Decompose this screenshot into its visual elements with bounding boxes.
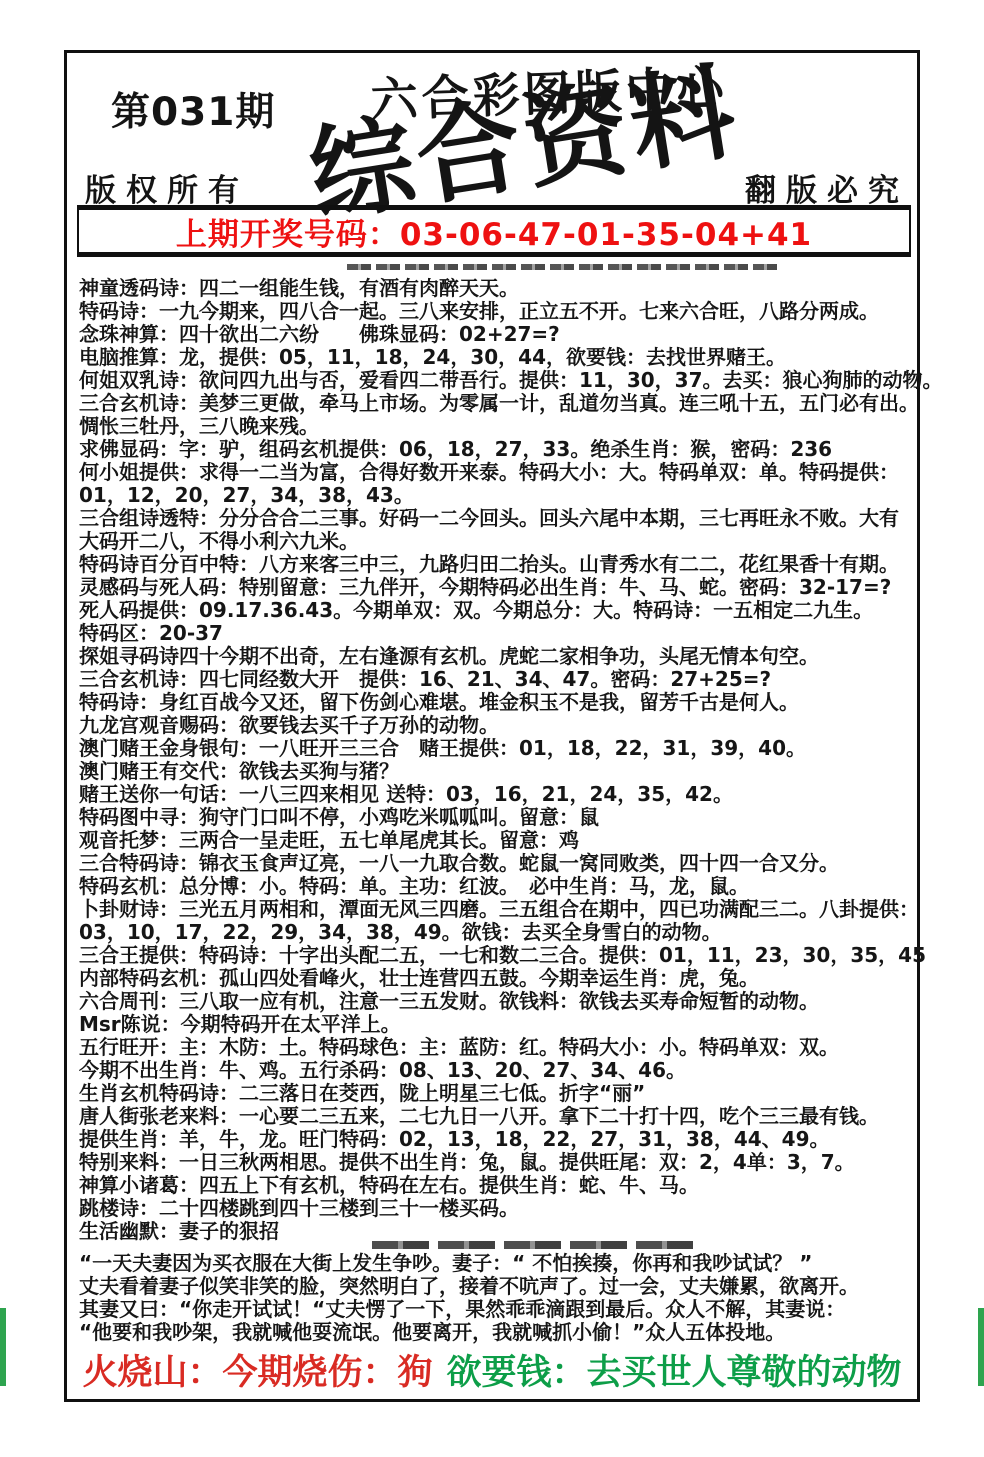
main-title-calligraphy: 综合资料: [303, 59, 746, 229]
body-line: 大码开二八，不得小利六九米。: [79, 530, 913, 553]
body-line: 三合王提供：特码诗：十字出头配二五，一七和数二三合。提供：01，11，23，30…: [79, 944, 913, 967]
body-line: 电脑推算：龙，提供：05，11，18，24，30，44，欲要钱：去找世界赌王。: [79, 346, 913, 369]
body-line: 神童透码诗：四二一组能生钱，有酒有肉醉天天。: [79, 277, 913, 300]
body-line: 跳楼诗：二十四楼跳到四十三楼到三十一楼买码。: [79, 1197, 913, 1220]
previous-draw-box: 上期开奖号码：03-06-47-01-35-04+41: [77, 205, 911, 257]
previous-draw-label: 上期开奖号码：: [176, 217, 400, 253]
body-line: Msr陈说：今期特码开在太平洋上。: [79, 1013, 913, 1036]
footer-banner: 火烧山：今期烧伤：狗欲要钱：去买世人尊敬的动物: [71, 1345, 913, 1395]
body-line: 三合特码诗：锦衣玉食声辽亮，一八一九取合数。蛇鼠一窝同败类，四十四一合又分。: [79, 852, 913, 875]
issue-number: 第031期: [111, 81, 275, 137]
body-line: 神算小诸葛：四五上下有玄机，特码在左右。提供生肖：蛇、牛、马。: [79, 1174, 913, 1197]
body-line: 赌王送你一句话：一八三四来相见 送特：03，16，21，24，35，42。: [79, 783, 913, 806]
body-line: 惆怅三牡丹，三八晚来残。: [79, 415, 913, 438]
body-line: 何姐双乳诗：欲问四九出与否，爱看四二带吾行。提供：11，30，37。去买：狼心狗…: [79, 369, 913, 392]
body-line: 三合组诗透特：分分合合二三事。好码一二今回头。回头六尾中本期，三七再旺永不败。大…: [79, 507, 913, 530]
body-line: 灵感码与死人码：特别留意：三九伴开，今期特码必出生肖：牛、马、蛇。密码：32-1…: [79, 576, 913, 599]
banner-fire-tip: 火烧山：今期烧伤：狗: [82, 1353, 432, 1393]
body-line: 丈夫看着妻子似笑非笑的脸，突然明白了，接着不吭声了。过一会，丈夫嫌累，欲离开。: [79, 1275, 913, 1298]
body-line: 特码诗百分百中特：八方来客三中三，九路归田二抬头。山青秀水有二二，花红果香十有期…: [79, 553, 913, 576]
copyright-right: 翻版必究: [745, 165, 909, 210]
body-line: 观音托梦：三两合一呈走旺，五七单尾虎其长。留意：鸡: [79, 829, 913, 852]
body-line: 澳门赌王金身银句：一八旺开三三合 赌王提供：01，18，22，31，39，40。: [79, 737, 913, 760]
body-line: 内部特码玄机：孤山四处看峰火，壮士连营四五鼓。今期幸运生肖：虎，兔。: [79, 967, 913, 990]
illegible-smudge-line: [347, 264, 777, 270]
body-line: 三合玄机诗：四七同经数大开 提供：16、21、34、47。密码：27+25=?: [79, 668, 913, 691]
body-line: 特码图中寻：狗守门口叫不停，小鸡吃米呱呱叫。留意：鼠: [79, 806, 913, 829]
banner-money-tip: 欲要钱：去买世人尊敬的动物: [447, 1353, 902, 1393]
body-line: 卜卦财诗：三光五月两相和，潭面无风三四磨。三五组合在期中，四已功满配三二。八卦提…: [79, 898, 913, 921]
body-line: 澳门赌王有交代：欲钱去买狗与猪？: [79, 760, 913, 783]
body-line: 03，10，17，22，29，34，38，49。欲钱：去买全身雪白的动物。: [79, 921, 913, 944]
body-line: 特码区：20-37: [79, 622, 913, 645]
body-line: 特码诗：一九今期来，四八合一起。三八来安排，正立五不开。七来六合旺，八路分两成。: [79, 300, 913, 323]
strike-smudge: [372, 1241, 702, 1249]
body-line: 特别来料：一日三秋两相思。提供不出生肖：兔，鼠。提供旺尾：双：2，4单：3，7。: [79, 1151, 913, 1174]
previous-draw-text: 上期开奖号码：03-06-47-01-35-04+41: [176, 209, 812, 254]
body-line: “一天夫妻因为买衣服在大街上发生争吵。妻子：“ 不怕挨揍，你再和我吵试试？ ”: [79, 1252, 913, 1275]
body-line: 今期不出生肖：牛、鸡。五行杀码：08、13、20、27、34、46。: [79, 1059, 913, 1082]
body-line: 提供生肖：羊，牛，龙。旺门特码：02，13，18，22，27，31，38，44、…: [79, 1128, 913, 1151]
body-line: 求佛显码：字：驴，组码玄机提供：06，18，27，33。绝杀生肖：猴，密码：23…: [79, 438, 913, 461]
body-line: “他要和我吵架，我就喊他耍流氓。他要离开，我就喊抓小偷！”众人五体投地。: [79, 1321, 913, 1344]
green-edge-mark-right: [978, 1308, 984, 1386]
page: 第031期 六合彩图版中心 综合资料 版权所有 翻版必究 上期开奖号码：03-0…: [0, 0, 984, 1457]
body-line: 特码诗：身红百战今又还，留下伤剑心难堪。堆金积玉不是我，留芳千古是何人。: [79, 691, 913, 714]
body-line: 生活幽默：妻子的狠招: [79, 1220, 913, 1243]
body-line: 何小姐提供：求得一二当为富，合得好数开来泰。特码大小：大。特码单双：单。特码提供…: [79, 461, 913, 484]
body-line: 六合周刊：三八取一应有机，注意一三五发财。欲钱料：欲钱去买寿命短暂的动物。: [79, 990, 913, 1013]
body-line: 特码玄机：总分博：小。特码：单。主功：红波。 必中生肖：马，龙，鼠。: [79, 875, 913, 898]
body-line: 念珠神算：四十欲出二六纷 佛珠显码：02+27=?: [79, 323, 913, 346]
copyright-left: 版权所有: [85, 165, 249, 210]
body-line: 生肖玄机特码诗：二三落日在茭西，陇上明星三七低。折字“丽”: [79, 1082, 913, 1105]
body-line: 唐人街张老来料：一心要二三五来，二七九日一八开。拿下二十打十四，吃个三三最有钱。: [79, 1105, 913, 1128]
body-line: 九龙宫观音赐码：欲要钱去买千子万孙的动物。: [79, 714, 913, 737]
body-line: 01，12，20，27，34，38，43。: [79, 484, 913, 507]
previous-draw-numbers: 03-06-47-01-35-04+41: [400, 217, 812, 253]
content-box: 第031期 六合彩图版中心 综合资料 版权所有 翻版必究 上期开奖号码：03-0…: [64, 50, 920, 1402]
body-line: 死人码提供：09.17.36.43。今期单双：双。今期总分：大。特码诗：一五相定…: [79, 599, 913, 622]
body-line: 探姐寻码诗四十今期不出奇，左右逢源有玄机。虎蛇二家相争功，头尾无情本句空。: [79, 645, 913, 668]
body-line: 三合玄机诗：美梦三更做，牵马上市场。为零属一计，乱道勿当真。连三吼十五，五门必有…: [79, 392, 913, 415]
body-line: 五行旺开：主：木防：土。特码球色：主：蓝防：红。特码大小：小。特码单双：双。: [79, 1036, 913, 1059]
body-text: 神童透码诗：四二一组能生钱，有酒有肉醉天天。特码诗：一九今期来，四八合一起。三八…: [79, 277, 913, 1344]
green-edge-mark-left: [0, 1308, 6, 1386]
body-line: 其妻又曰：“你走开试试！“丈夫愣了一下，果然乖乖滴跟到最后。众人不解，其妻说：: [79, 1298, 913, 1321]
